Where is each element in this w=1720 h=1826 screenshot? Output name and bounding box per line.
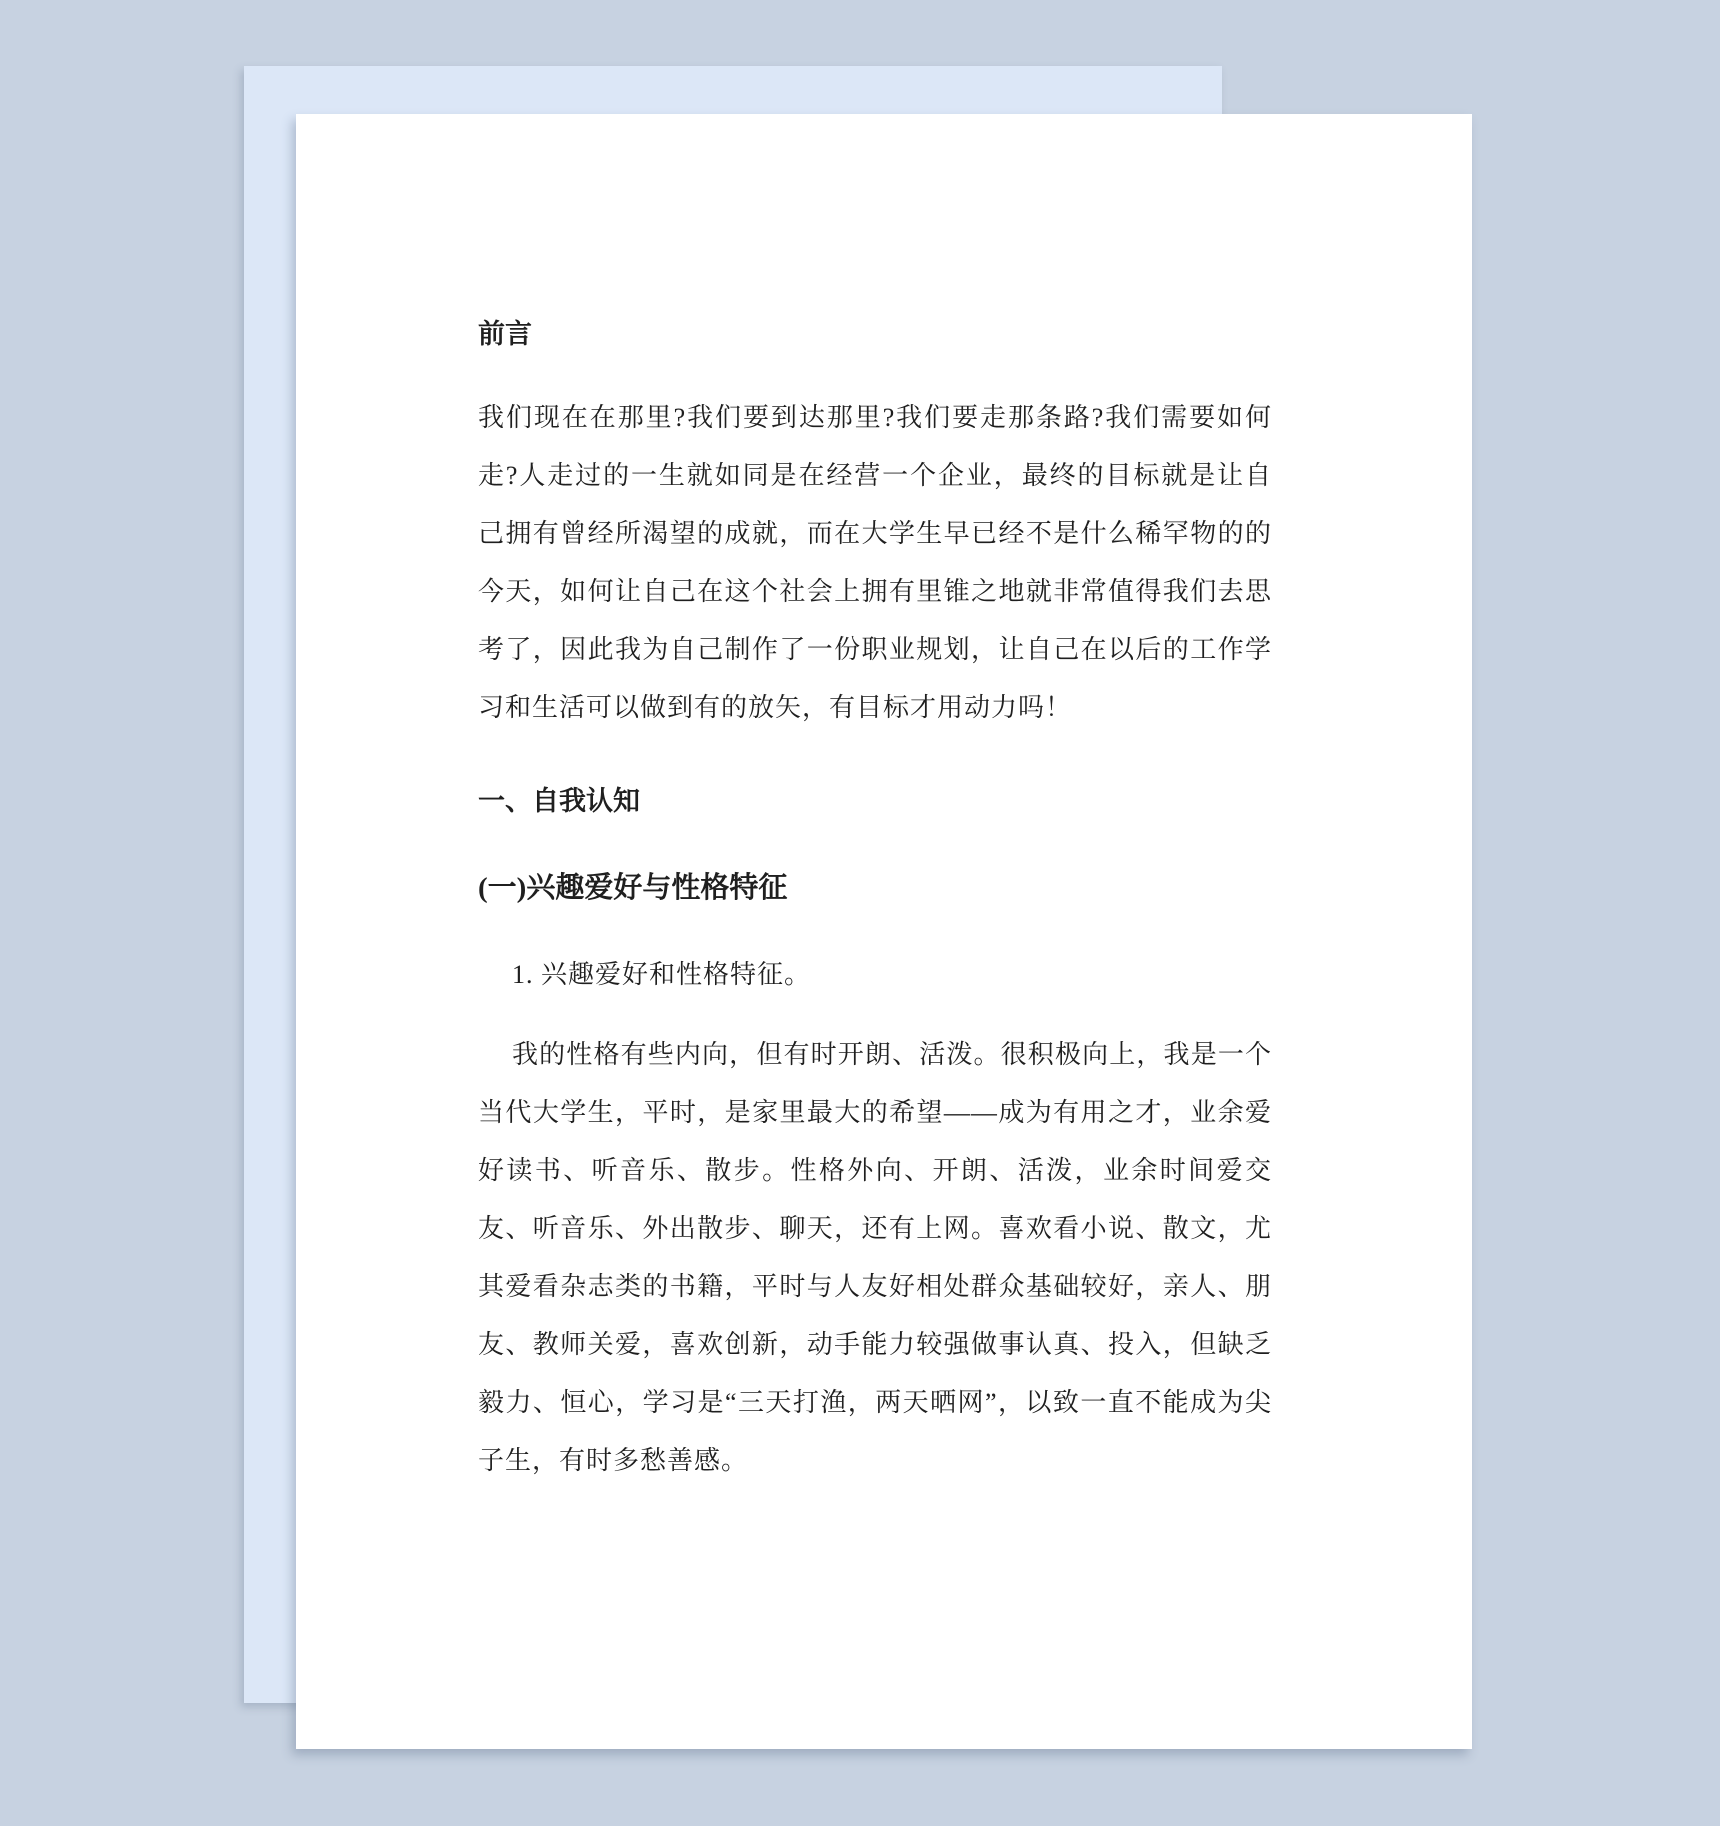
page-content: 前言 我们现在在那里?我们要到达那里?我们要走那条路?我们需要如何走?人走过的一… — [296, 114, 1472, 1490]
body-paragraph-personality: 我的性格有些内向，但有时开朗、活泼。很积极向上，我是一个当代大学生，平时，是家里… — [478, 1026, 1272, 1490]
document-page: 前言 我们现在在那里?我们要到达那里?我们要走那条路?我们需要如何走?人走过的一… — [296, 114, 1472, 1749]
subsection-heading-interests-personality: (一)兴趣爱好与性格特征 — [478, 872, 1272, 904]
preface-paragraph: 我们现在在那里?我们要到达那里?我们要走那条路?我们需要如何走?人走过的一生就如… — [478, 389, 1272, 737]
document-viewer-canvas: 前言 我们现在在那里?我们要到达那里?我们要走那条路?我们需要如何走?人走过的一… — [0, 0, 1720, 1826]
section-heading-self-awareness: 一、自我认知 — [478, 785, 1272, 817]
preface-heading: 前言 — [478, 318, 1272, 350]
item-heading-interests: 1. 兴趣爱好和性格特征。 — [478, 946, 1272, 1004]
